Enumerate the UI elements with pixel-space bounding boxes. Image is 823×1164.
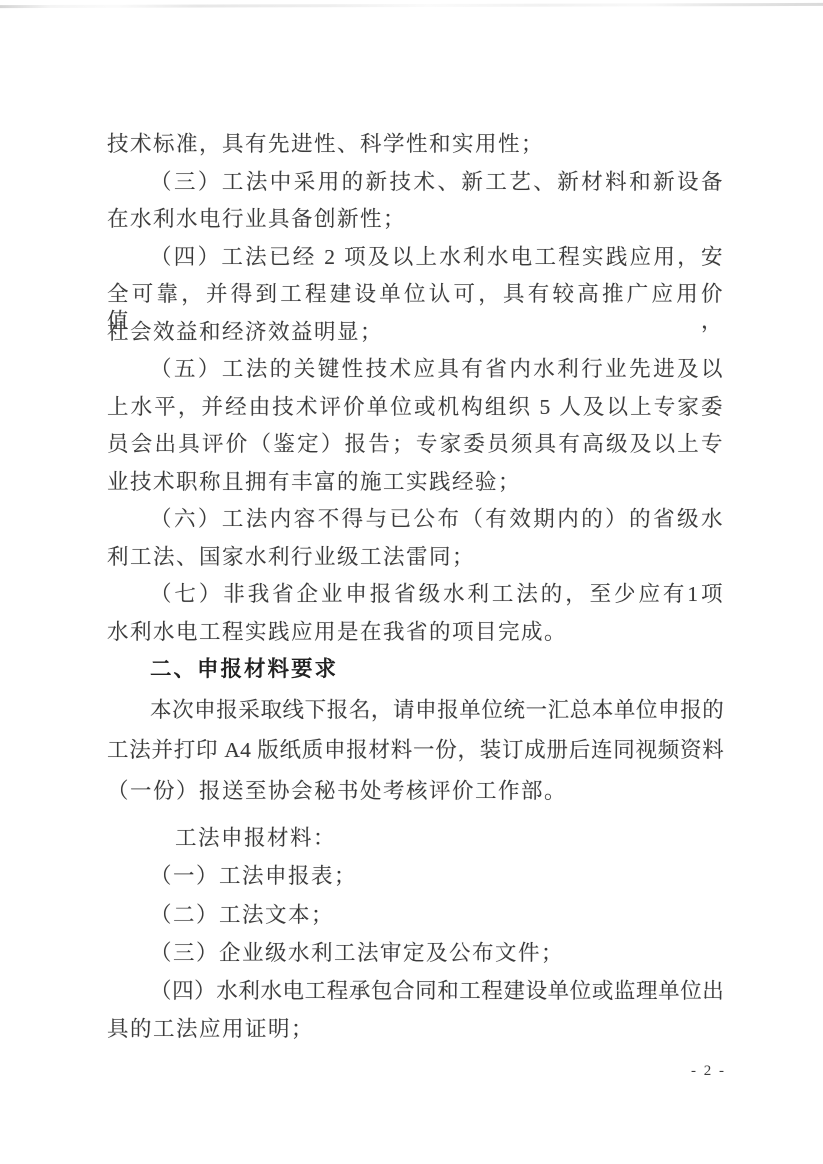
scan-artifact-line	[0, 3, 823, 8]
text-line: （五）工法的关键性技术应具有省内水利行业先进及以	[107, 356, 724, 394]
text-line: （三）企业级水利工法审定及公布文件；	[107, 940, 724, 978]
text-line: 在水利水电行业具备创新性；	[107, 206, 724, 244]
text-line: 水利水电工程实践应用是在我省的项目完成。	[107, 619, 724, 657]
text-line: 员会出具评价（鉴定）报告；专家委员须具有高级及以上专	[107, 431, 724, 469]
text-line: 工法并打印 A4 版纸质申报材料一份，装订成册后连同视频资料	[107, 737, 724, 778]
text-line: （三）工法中采用的新技术、新工艺、新材料和新设备	[107, 169, 724, 207]
text-line: （四）水利水电工程承包合同和工程建设单位或监理单位出	[107, 978, 724, 1016]
text-line: 利工法、国家水利行业级工法雷同；	[107, 544, 724, 582]
text-line: 具的工法应用证明；	[107, 1016, 724, 1054]
text-line: 工法申报材料：	[107, 825, 724, 863]
text-line: （二）工法文本；	[107, 902, 724, 940]
text-line: 本次申报采取线下报名，请申报单位统一汇总本单位申报的	[107, 697, 724, 738]
text-line: （四）工法已经 2 项及以上水利水电工程实践应用，安	[107, 244, 724, 282]
text-line: （六）工法内容不得与已公布（有效期内的）的省级水	[107, 506, 724, 544]
section-heading: 二、申报材料要求	[107, 656, 724, 697]
text-line: （一）工法申报表；	[107, 863, 724, 901]
text-line: （七）非我省企业申报省级水利工法的，至少应有1项	[107, 581, 724, 619]
text-line: （一份）报送至协会秘书处考核评价工作部。	[107, 778, 724, 819]
document-body: 技术标准，具有先进性、科学性和实用性； （三）工法中采用的新技术、新工艺、新材料…	[107, 131, 724, 1055]
text-line: 全可靠，并得到工程建设单位认可，具有较高推广应用价值，	[107, 281, 724, 319]
text-line: 技术标准，具有先进性、科学性和实用性；	[107, 131, 724, 169]
text-line: 业技术职称且拥有丰富的施工实践经验；	[107, 469, 724, 507]
text-line: 上水平，并经由技术评价单位或机构组织 5 人及以上专家委	[107, 394, 724, 432]
page-number: - 2 -	[691, 1063, 726, 1080]
document-page: 技术标准，具有先进性、科学性和实用性； （三）工法中采用的新技术、新工艺、新材料…	[0, 0, 823, 1164]
